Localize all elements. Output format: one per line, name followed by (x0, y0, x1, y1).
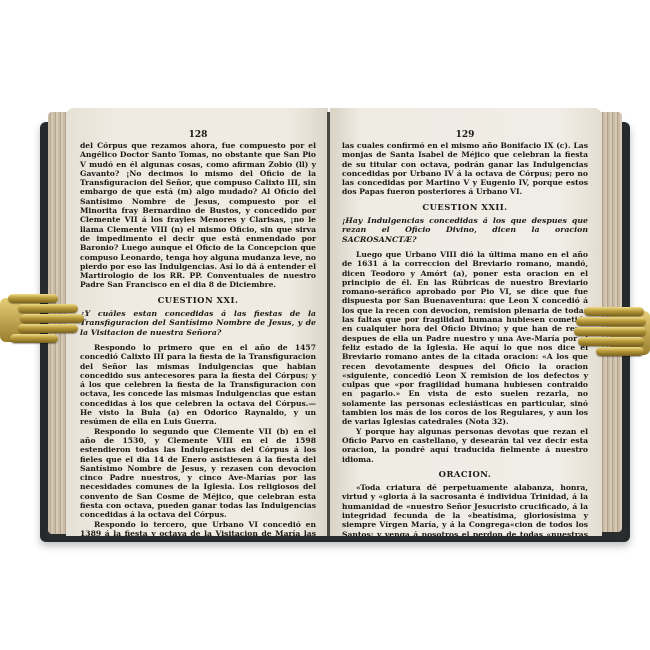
page-number: 128 (80, 130, 316, 140)
right-brass-hand-icon (572, 305, 650, 363)
body-paragraph: Luego que Urbano VIII dió la última mano… (342, 250, 588, 427)
body-paragraph: del Córpus que rezamos ahora, fue compue… (80, 141, 316, 290)
prayer-text: «Toda criatura dé perpetuamente alabanza… (342, 483, 588, 536)
page-number: 129 (342, 130, 588, 140)
body-paragraph: Respondo lo primero que en el año de 145… (80, 343, 316, 427)
question-text: ¿Y cuáles estan concedidas á las fiestas… (80, 309, 316, 337)
body-paragraph: Respondo lo tercero, que Urbano VI conce… (80, 520, 316, 536)
body-paragraph: las cuales confirmó en el mismo año Boni… (342, 141, 588, 197)
section-heading: CUESTION XXI. (80, 296, 316, 305)
right-page: 129 las cuales confirmó en el mismo año … (330, 108, 602, 536)
body-paragraph: Y porque hay algunas personas devotas qu… (342, 427, 588, 464)
question-text: ¡Hay Indulgencias concedidas á los que d… (342, 216, 588, 244)
left-page: 128 del Córpus que rezamos ahora, fue co… (66, 108, 328, 536)
left-brass-hand-icon (0, 292, 90, 352)
open-book-photo: 128 del Córpus que rezamos ahora, fue co… (0, 0, 650, 650)
prayer-heading: ORACION. (342, 470, 588, 479)
section-heading: CUESTION XXII. (342, 203, 588, 212)
body-paragraph: Respondo lo segundo que Clemente VII (b)… (80, 427, 316, 520)
